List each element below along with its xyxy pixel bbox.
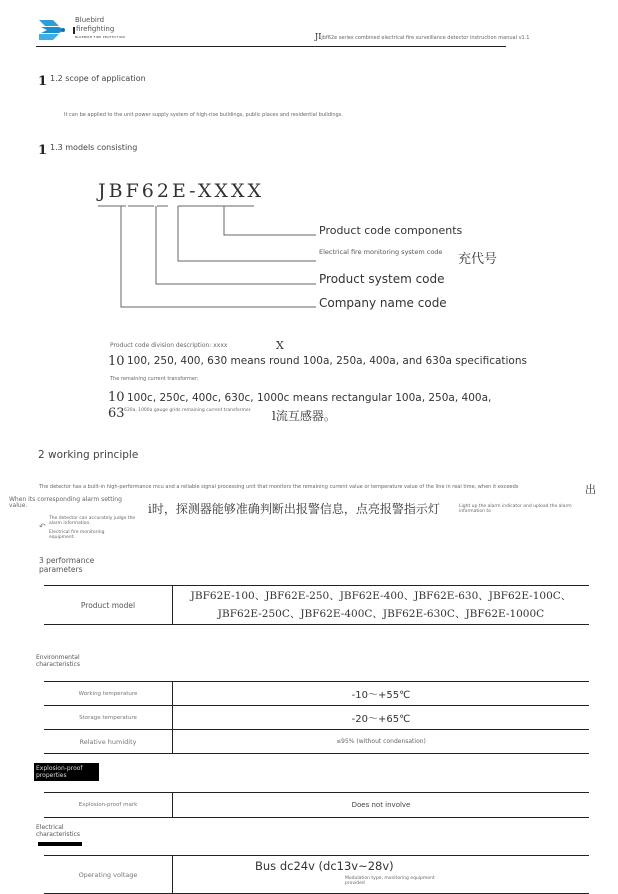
table-key: Product model <box>44 586 173 625</box>
table-key: Working temperature <box>44 682 173 706</box>
cn-line: i时，探测器能够准确判断出报警信息，点亮报警指示灯 <box>148 500 440 517</box>
section-title: 1.3 models consisting <box>50 143 137 152</box>
label-product-code-components: Product code components <box>319 224 462 237</box>
table-key: Relative humidity <box>44 730 173 754</box>
section-body: The detector has a built-in high-perform… <box>39 484 518 490</box>
brand-line2: firefighting <box>76 25 114 34</box>
environment-table: Working temperature -10～+55℃ Storage tem… <box>44 681 589 754</box>
product-model-table: Product model JBF62E-100、JBF62E-250、JBF6… <box>44 585 589 625</box>
table-value: -10～+55℃ <box>173 682 590 706</box>
right-note: Light up the alarm indicator and upload … <box>459 504 594 514</box>
section-title: 3 performance parameters <box>39 556 119 574</box>
table-value: JBF62E-100、JBF62E-250、JBF62E-400、JBF62E-… <box>173 586 590 625</box>
table-row: Relative humidity ≤95% (without condensa… <box>44 730 589 754</box>
note: The detector can accurately judge the al… <box>49 516 149 526</box>
model-code-diagram: JBF62E-XXXX Product code components Elec… <box>96 180 516 315</box>
section-title: 1.2 scope of application <box>50 74 146 83</box>
brand-line1: Bluebird <box>75 16 104 25</box>
table-value: ≤95% (without condensation) <box>173 730 590 754</box>
item-number: 10 <box>108 390 125 405</box>
left-note: When its corresponding alarm setting val… <box>9 497 139 509</box>
table-row: Working temperature -10～+55℃ <box>44 682 589 706</box>
table-row: Storage temperature -20～+65℃ <box>44 706 589 730</box>
cn-fragment: 充代号 <box>458 248 497 267</box>
subsection-title: Explosion-proof properties <box>34 763 99 781</box>
redaction-bar <box>38 842 82 846</box>
table-key: Explosion-proof mark <box>44 793 173 818</box>
table-row: Operating voltage Bus dc24v (dc13v~28v) … <box>44 856 589 894</box>
item2-continued: 630a, 1000a gauge grids remaining curren… <box>124 408 254 413</box>
section-number: 1 <box>38 143 47 158</box>
item1-sub: The remaining current transformer; <box>110 376 199 382</box>
division-x: X <box>276 339 284 352</box>
table-value: Bus dc24v (dc13v~28v) Modulation type, m… <box>173 856 590 894</box>
item-number: 63 <box>108 406 125 421</box>
label-company-name-code: Company name code <box>319 296 447 310</box>
doc-title: JIjbf62e series combined electrical fire… <box>315 32 530 41</box>
brand-sub: BLUEBIRD FIRE PROTECTION <box>75 35 125 39</box>
table-key: Storage temperature <box>44 706 173 730</box>
section-title: 2 working principle <box>38 449 138 461</box>
explosion-table: Explosion-proof mark Does not involve <box>44 792 589 818</box>
table-value: -20～+65℃ <box>173 706 590 730</box>
table-row: Product model JBF62E-100、JBF62E-250、JBF6… <box>44 586 589 625</box>
subsection-title: Environmental characteristics <box>36 654 96 668</box>
division-title: Product code division description: xxxx <box>110 342 227 349</box>
item1-text: 100, 250, 400, 630 means round 100a, 250… <box>127 355 527 367</box>
diagram-connector-lines <box>96 180 516 315</box>
header-divider <box>36 46 506 47</box>
label-electrical-fire-code: Electrical fire monitoring system code <box>319 249 449 256</box>
item2-cn: l流互感器。 <box>272 407 336 424</box>
table-key: Operating voltage <box>44 856 173 894</box>
electrical-table: Operating voltage Bus dc24v (dc13v~28v) … <box>44 855 589 894</box>
arrow-icon: ↶ <box>39 522 46 531</box>
table-row: Explosion-proof mark Does not involve <box>44 793 589 818</box>
subsection-title: Electrical characteristics <box>36 824 96 838</box>
section-body: It can be applied to the unit power supp… <box>64 112 343 118</box>
bluebird-logo-icon <box>37 17 67 41</box>
item2-text: 100c, 250c, 400c, 630c, 1000c means rect… <box>127 392 491 404</box>
section-number: 1 <box>38 74 47 89</box>
table-value: Does not involve <box>173 793 590 818</box>
item-number: 10 <box>108 354 125 369</box>
brand-bar <box>73 27 75 34</box>
body-cn: 出 <box>585 481 596 497</box>
label-product-system-code: Product system code <box>319 272 445 286</box>
note: Electrical fire monitoring equipment. <box>49 530 129 540</box>
